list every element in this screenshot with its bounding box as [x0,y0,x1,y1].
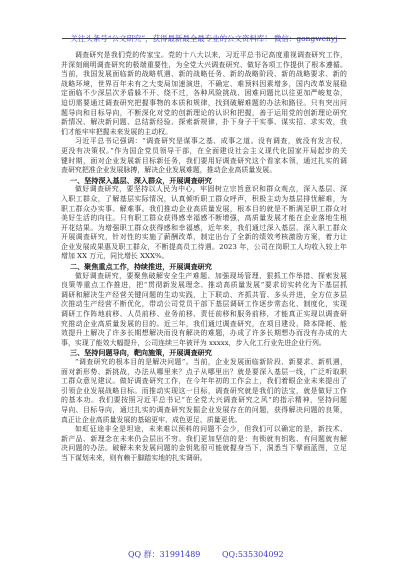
paragraph-line: 做好调查研究，要聚焦破解安全生产难题、加强现场管理、狠抓工作举措、探索发展 [61,272,347,282]
paragraph-line: 们才能牢牢把握未来发展的主动权。 [61,128,347,138]
paragraph-line: 题导向和目标导向，不断深化对党的创新理论的认识和把握，善于运用党的创新理论研究 [61,109,347,119]
paragraph-line: 开展调查研究，针对性的实施了薪酬改革，制定出台了全新的绩效考核激励方案，着力让 [61,233,347,243]
paragraph-line: 习近平总书记强调：“调查研究是谋事之基、成事之道。没有调查，就没有发言权， [61,137,347,147]
paragraph-line: “调查研究的根本目的是解决问题”。当前，企业发展面临新阶段、新要求、新机遇， [61,358,347,368]
paragraph-line: 良策等重点工作推进，把“贯彻新发展理念、推动高质量发展”要求切实转化为下基层抓 [61,281,347,291]
paragraph-line: 新情况、解决新问题、总结新经验、探索新规律，扑下身子干实事、谋实招、求实效，我 [61,118,347,128]
paragraph-line: 定面临不少深层次矛盾躲不开、绕不过，各种风险挑战、困难问题比以往更加严峻复杂， [61,89,347,99]
paragraph-line: 调查研究是我们党的传家宝。党的十八大以来，习近平总书记高度重视调查研究工作， [61,51,347,61]
paragraph-line: 如虹征途非全是坦途，未来难以预料的问题不会少，但我们可以确定的是，新技术、 [61,425,347,435]
paragraph-line: 查研究把准企业发展脉搏，解决企业发展难题，推动企业高质量发展。 [61,166,347,176]
paragraph-line: 导向、目标导向，通过扎实的调查研究发掘企业发展存在的问题，获得解决问题的良策， [61,406,347,416]
paragraph-line: 当下谋划未来，则有赖于脚踏实地的扎实调研。 [61,454,347,464]
section-heading-1: 一、坚持深入基层、深入群众，开展调查研究 [61,176,347,186]
footer-qq-number: QQ:535304092 [222,549,284,561]
paragraph-line: 当前，我国发展面临新的战略机遇、新的战略任务、新的战略阶段、新的战略要求、新的 [61,70,347,80]
paragraph-line: 真正让企业高质量发展的基础更牢、成色更足、质量更优。 [61,416,347,426]
page-header: 关注头条号“公文研究”，获得最新最全最专业的公文资料库！ 微信：gongweny… [62,26,346,39]
paragraph-line: 增加 XX 万元，同比增长 XXX%。 [61,252,347,262]
paragraph-line: 决问题的办法。破解未来发展问题的金钥匙很可能就握身当下，洞悉当下擘画蓝图，立足 [61,444,347,454]
paragraph-line: 新产品、新理念在未来仍会层出不穷。我们更加坚信的是：有锁就有钥匙、有问题就有解 [61,435,347,445]
section-heading-2: 二、聚焦重点工作，持续推进，开展调查研究 [61,262,347,272]
paragraph-line: 美好生活的向往。只有职工群众获得感幸福感不断增强，高质量发展才能在企业落地生根 [61,214,347,224]
document-page: 关注头条号“公文研究”，获得最新最全最专业的公文资料库！ 微信：gongweny… [0,0,408,580]
paragraph-line: 调研和解决生产经营关键问题的生动实践，上下联动、齐抓共管、多头并进，全方位多层 [61,291,347,301]
document-body: 调查研究是我们党的传家宝。党的十八大以来，习近平总书记高度重视调查研究工作， 并… [61,51,347,464]
paragraph-line: 更没有决策权。”作为国企党员领导干部，在全面建设社会主义现代化国家开局起步的关 [61,147,347,157]
footer-qq-group: QQ 群：31991489 [128,549,200,561]
paragraph-line: 效提升上解决了许多长期想解决而没有解决的难题，办成了许多长期想办而没有办成的大 [61,329,347,339]
paragraph-line: 并深刻阐明调查研究的极端重要性，为全党大兴调查研究、做好各项工作提供了根本遵循。 [61,61,347,71]
paragraph-line: 调研工作阵地前移、人员前移、业务前移、责任前移和服务前移，才能真正实现以调查研 [61,310,347,320]
paragraph-line: 究推动企业高质量发展的目的。近三年，我们通过调查研究，在项目建设、降本降耗、能 [61,320,347,330]
paragraph-line: 职工群众办实事、解难事。我们推动企业高质量发展，根本目的就是不断满足职工群众对 [61,205,347,215]
paragraph-line: 面对新形势、新挑战，办法从哪里来？点子从哪里出？就是要深入基层一线，广泛听取职 [61,368,347,378]
paragraph-line: 工群众意见建议。做好调查研究工作，在今年年初的工作会上，我们着眼企业未来提出了 [61,377,347,387]
paragraph-line: 引领企业发展战略目标。而推动实现这一目标，调查研究就是我们的法宝，就是做好工作 [61,387,347,397]
paragraph-line: 战略环境，世界百年未有之大变局加速演进，不确定、难预料因素增多，国内改革发展稳 [61,80,347,90]
paragraph-line: 事，实现了能效大幅提升，公司连续三年被评为 xxxxx，步入化工行业先进企业行列… [61,339,347,349]
paragraph-line: 迫切需要通过调查研究把握事物的本质和规律，找到破解难题的办法和路径。只有突出问 [61,99,347,109]
paragraph-line: 做好调查研究，要坚持以人民为中心，牢固树立宗旨意识和群众观点，深入基层、深 [61,185,347,195]
paragraph-line: 企业发展成果惠及职工群众，不断提高员工待遇。2023 年，公司在岗职工人均收入较… [61,243,347,253]
paragraph-line: 的基本功。我们要按照习近平总书记“在全党大兴调查研究之风”的指示精神，坚持问题 [61,396,347,406]
paragraph-line: 开花结果。为增强职工群众获得感和幸福感，近年来，我们通过深入基层、深入职工群众 [61,224,347,234]
paragraph-line: 键时期，面对企业发展新目标新任务，我们要用好调查研究这个看家本领，通过扎实的调 [61,157,347,167]
paragraph-line: 入职工群众，了解基层实际情况，认真倾听职工群众呼声，积极主动为基层排忧解难，为 [61,195,347,205]
page-footer: QQ 群：31991489 QQ:535304092 [60,549,360,561]
paragraph-line: 次推动生产经营不断优化，带动公司党员干部下基层调研工作逐步常态化、制度化，实现 [61,300,347,310]
header-promo-text: 关注头条号“公文研究”，获得最新最全最专业的公文资料库！ 微信：gongweny… [71,34,338,43]
section-heading-3: 三、坚持问题导向，靶向施策，开展调查研究 [61,348,347,358]
